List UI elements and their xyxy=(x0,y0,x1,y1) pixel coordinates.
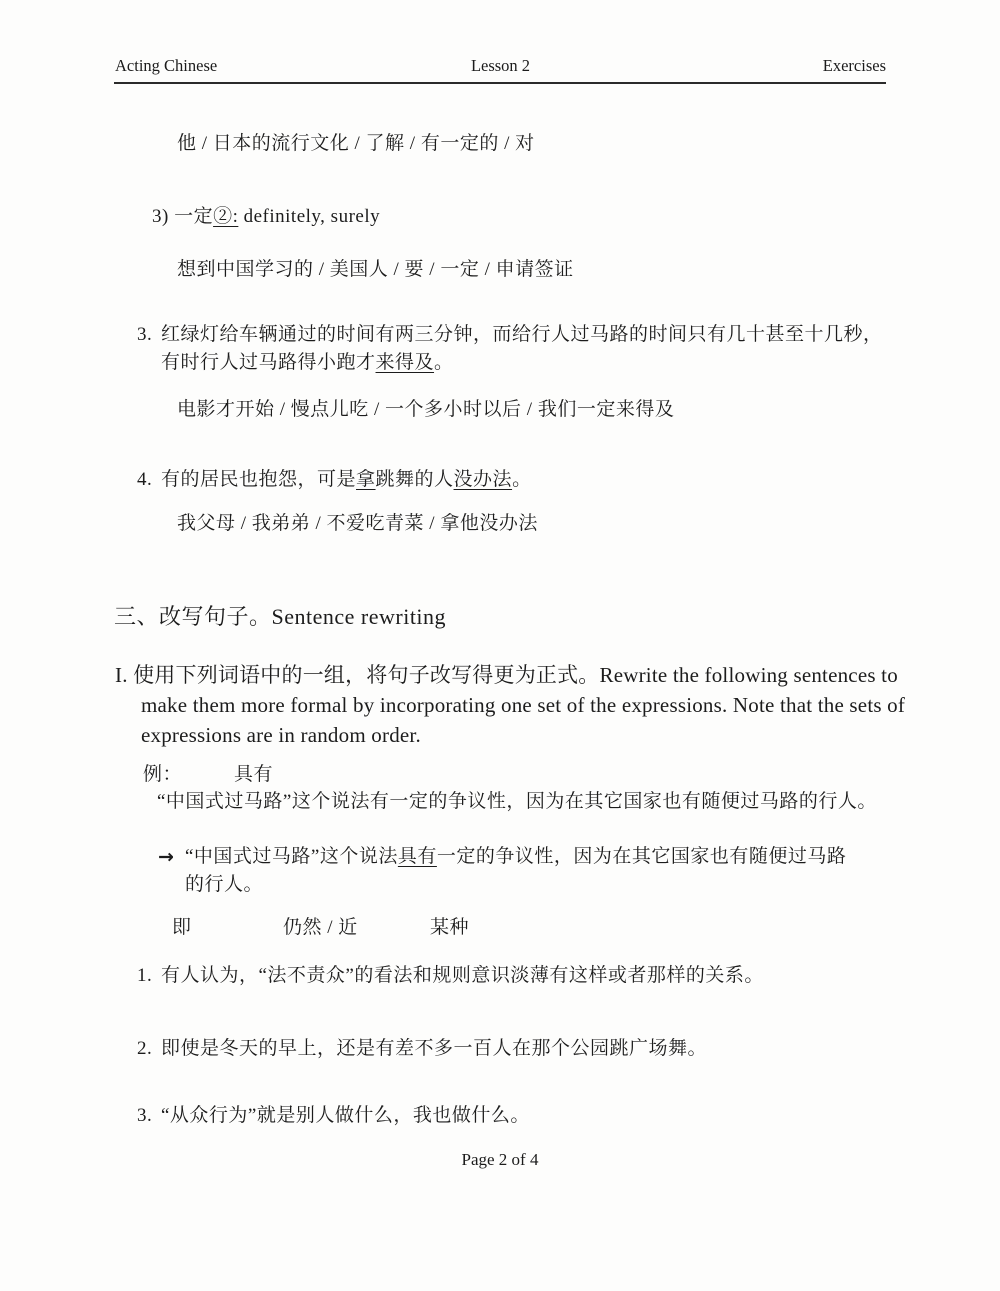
item-number: 2. xyxy=(137,1035,161,1063)
word-bank-item-ji: 即 xyxy=(172,914,192,942)
item-text: 有的居民也抱怨，可是拿跳舞的人没办法。 xyxy=(161,466,532,494)
header-divider-rule xyxy=(114,82,886,84)
document-page: Acting Chinese Lesson 2 Exercises 他 / 日本… xyxy=(0,0,1000,1291)
item4-underlined-na: 拿 xyxy=(356,469,376,490)
item-number: 3. xyxy=(137,321,161,377)
item-number: 4. xyxy=(137,466,161,494)
item4-post: 。 xyxy=(512,469,532,490)
example-label-row: 例：具有 xyxy=(143,761,273,789)
page-number-indicator: Page 2 of 4 xyxy=(0,1150,1000,1170)
item-text: “从众行为”就是别人做什么，我也做什么。 xyxy=(161,1102,530,1130)
definition-yiding-2: 3) 一定②: definitely, surely xyxy=(152,203,380,231)
rewritten-pre: “中国式过马路”这个说法 xyxy=(185,846,398,867)
item-text: 即使是冬天的早上，还是有差不多一百人在那个公园跳广场舞。 xyxy=(161,1035,707,1063)
definition-pre: 3) 一定 xyxy=(152,206,213,227)
item4-mid: 跳舞的人 xyxy=(376,469,454,490)
page-header: Acting Chinese Lesson 2 Exercises xyxy=(115,56,886,76)
practice-line-nameibanfa: 我父母 / 我弟弟 / 不爱吃青菜 / 拿他没办法 xyxy=(177,510,538,538)
item3-post: 。 xyxy=(434,352,454,373)
header-lesson-label: Lesson 2 xyxy=(372,56,629,76)
header-section-label: Exercises xyxy=(629,56,886,76)
rewrite-item-2: 2. 即使是冬天的早上，还是有差不多一百人在那个公园跳广场舞。 xyxy=(137,1035,707,1063)
section-heading-rewriting: 三、改写句子。Sentence rewriting xyxy=(114,600,446,631)
practice-line-dui: 他 / 日本的流行文化 / 了解 / 有一定的 / 对 xyxy=(177,130,535,158)
sentence-item-3: 3. 红绿灯给车辆通过的时间有两三分钟，而给行人过马路的时间只有几十甚至十几秒，… xyxy=(137,321,889,377)
item3-pre: 红绿灯给车辆通过的时间有两三分钟，而给行人过马路的时间只有几十甚至十几秒，有时行… xyxy=(161,324,883,373)
example-label: 例： xyxy=(143,764,182,785)
example-original-sentence: “中国式过马路”这个说法有一定的争议性，因为在其它国家也有随便过马路的行人。 xyxy=(176,788,890,816)
word-bank-item-rengran-jin: 仍然 / 近 xyxy=(283,914,358,942)
definition-circled-number: ②: xyxy=(213,206,238,227)
item-text: 有人认为，“法不责众”的看法和规则意识淡薄有这样或者那样的关系。 xyxy=(161,962,764,990)
example-rewritten-sentence: “中国式过马路”这个说法具有一定的争议性，因为在其它国家也有随便过马路的行人。 xyxy=(185,843,848,899)
task-text: 使用下列词语中的一组，将句子改写得更为正式。Rewrite the follow… xyxy=(133,663,905,747)
item4-pre: 有的居民也抱怨，可是 xyxy=(161,469,356,490)
item3-underlined-term: 来得及 xyxy=(376,352,435,373)
header-course-title: Acting Chinese xyxy=(115,56,372,76)
item-number: 3. xyxy=(137,1102,161,1130)
example-rewritten-row: → “中国式过马路”这个说法具有一定的争议性，因为在其它国家也有随便过马路的行人… xyxy=(158,843,848,899)
sentence-item-4: 4. 有的居民也抱怨，可是拿跳舞的人没办法。 xyxy=(137,466,532,494)
arrow-icon: → xyxy=(158,843,185,899)
item4-underlined-meibanfa: 没办法 xyxy=(454,469,513,490)
rewritten-underlined-term: 具有 xyxy=(398,846,437,867)
item-number: 1. xyxy=(137,962,161,990)
item-text: 红绿灯给车辆通过的时间有两三分钟，而给行人过马路的时间只有几十甚至十几秒，有时行… xyxy=(161,321,889,377)
definition-gloss: definitely, surely xyxy=(238,206,380,227)
practice-line-laideji: 电影才开始 / 慢点儿吃 / 一个多小时以后 / 我们一定来得及 xyxy=(177,396,674,424)
task-number: I. xyxy=(115,663,128,687)
word-bank-item-mouzhong: 某种 xyxy=(430,914,469,942)
rewrite-item-3: 3. “从众行为”就是别人做什么，我也做什么。 xyxy=(137,1102,530,1130)
task-instruction: I. 使用下列词语中的一组，将句子改写得更为正式。Rewrite the fol… xyxy=(115,660,933,750)
practice-line-yiding: 想到中国学习的 / 美国人 / 要 / 一定 / 申请签证 xyxy=(177,256,574,284)
example-target-word: 具有 xyxy=(234,764,273,785)
rewrite-item-1: 1. 有人认为，“法不责众”的看法和规则意识淡薄有这样或者那样的关系。 xyxy=(137,962,764,990)
